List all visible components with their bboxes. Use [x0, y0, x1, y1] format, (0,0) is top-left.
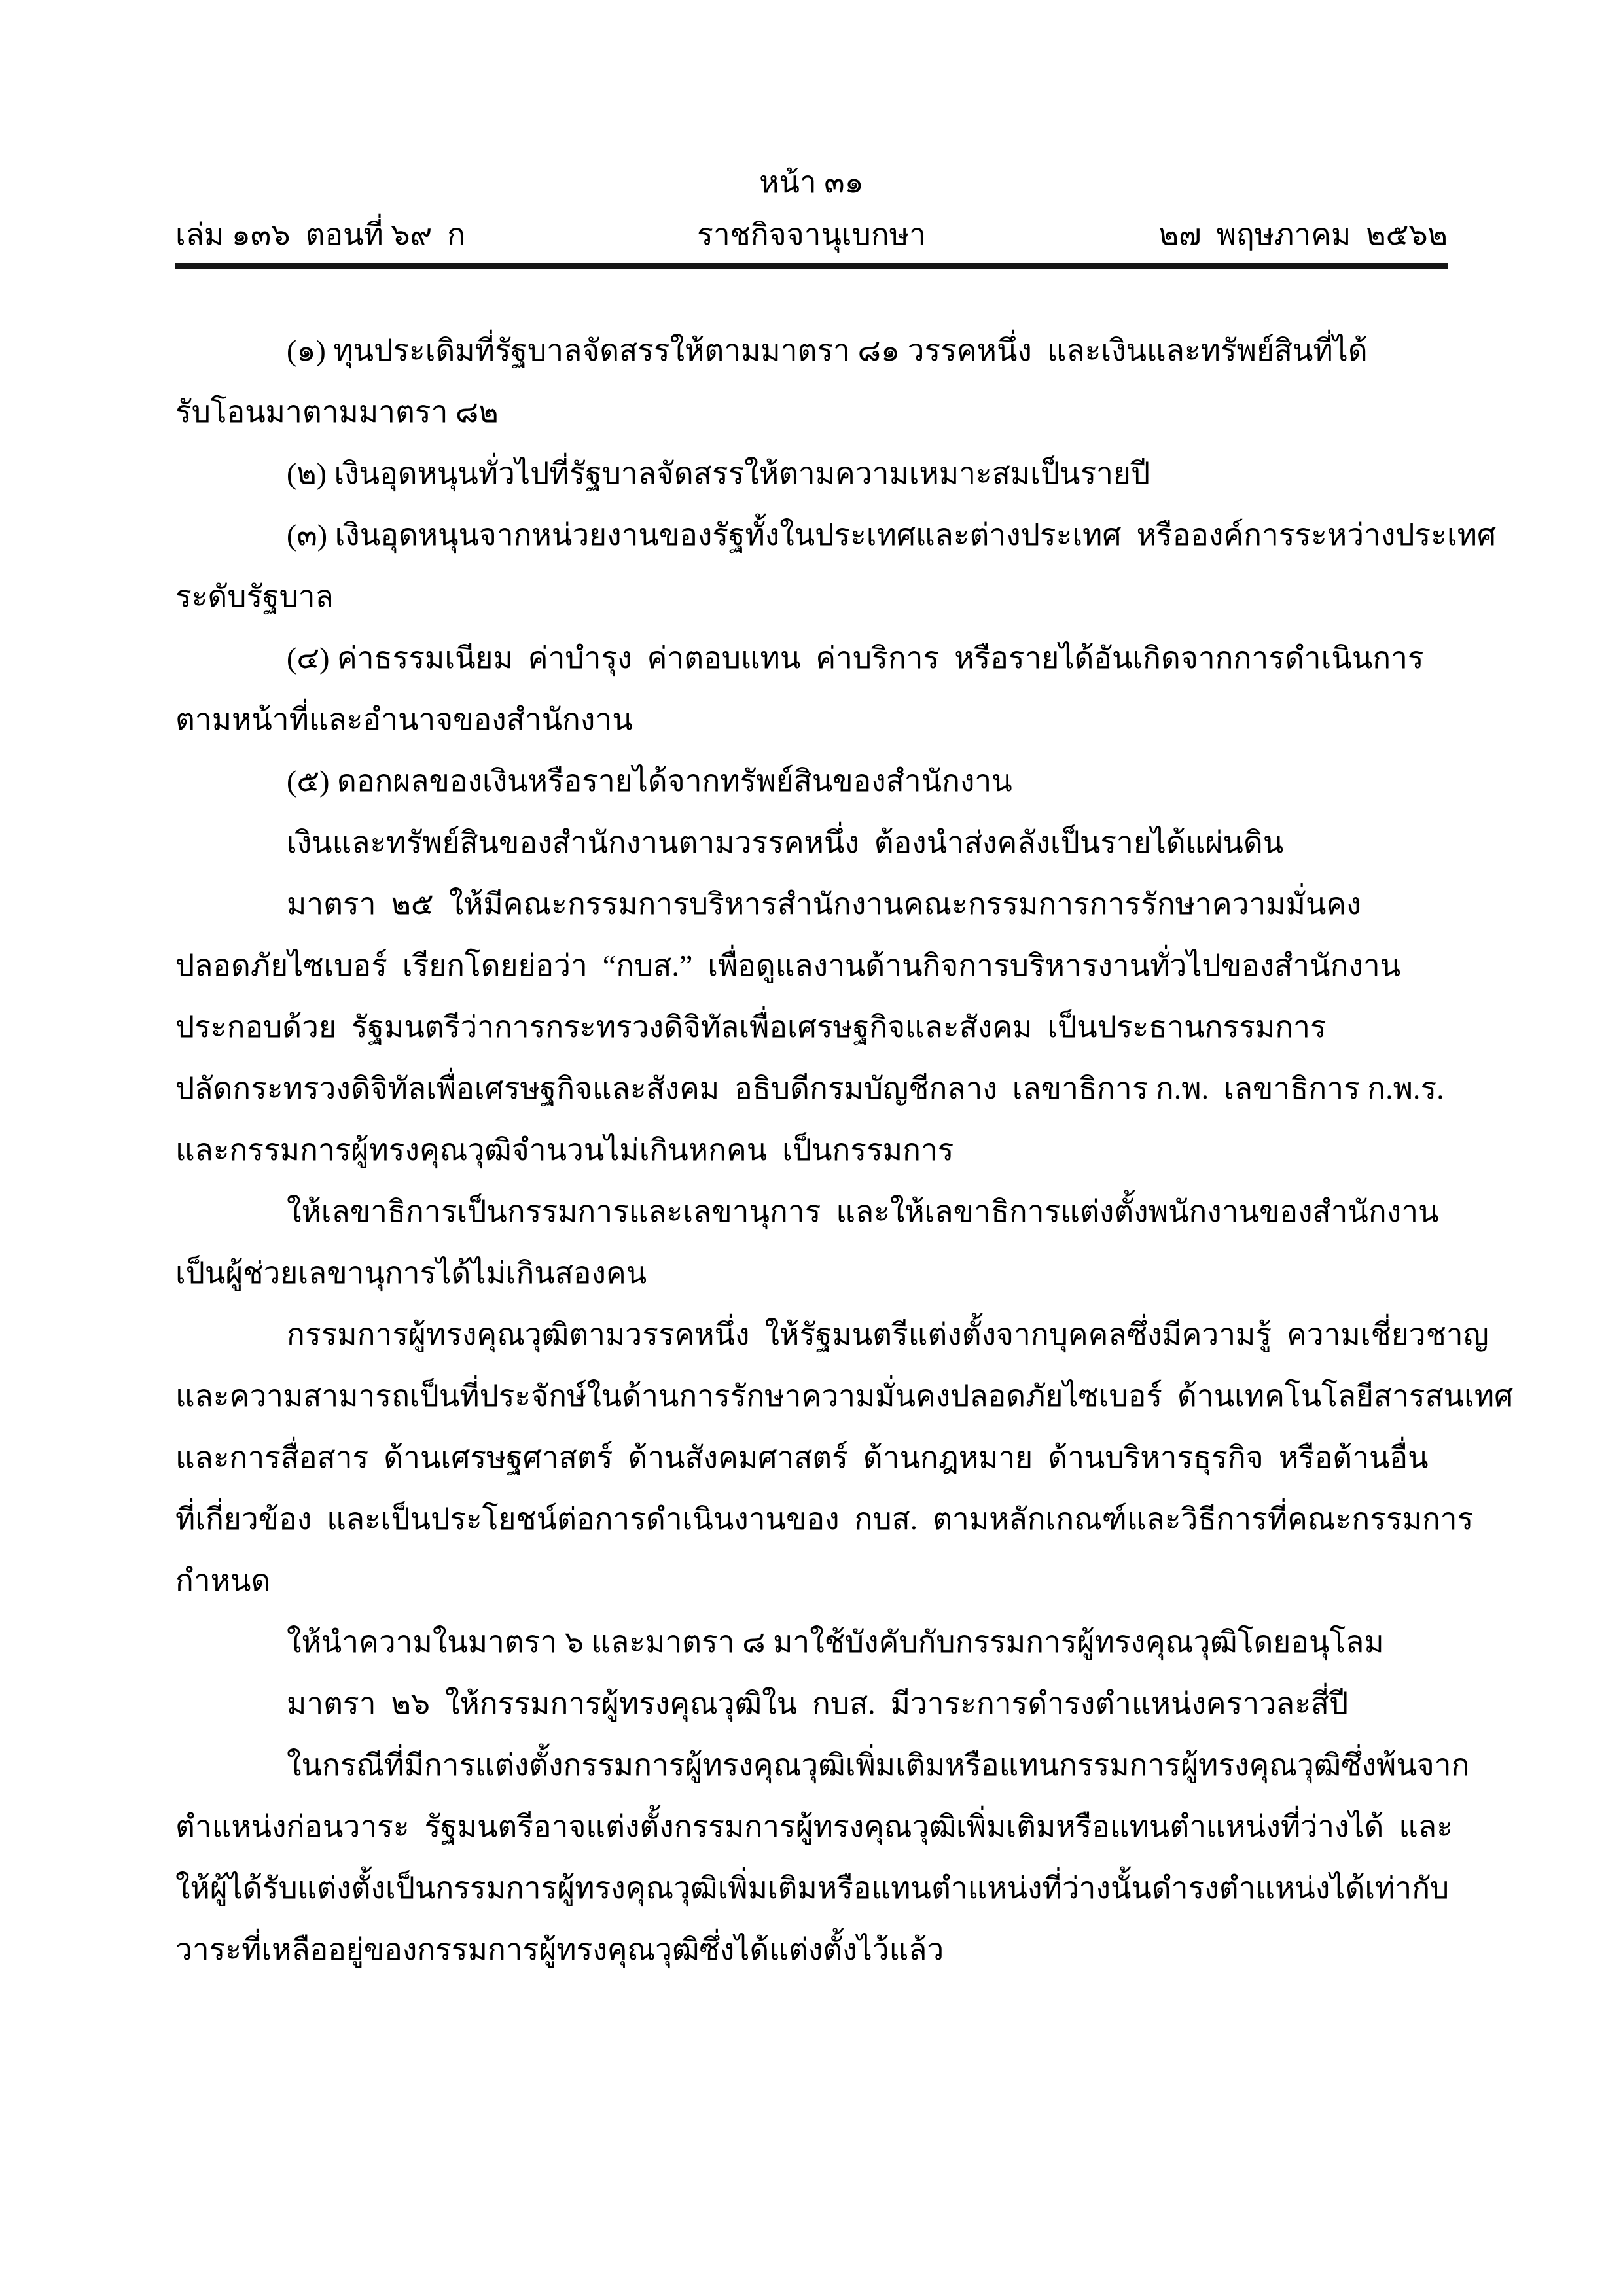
text-line: เงินและทรัพย์สินของสำนักงานตามวรรคหนึ่ง … [175, 812, 1448, 874]
text-line: วาระที่เหลืออยู่ของกรรมการผู้ทรงคุณวุฒิซ… [175, 1919, 1448, 1981]
header-row: เล่ม ๑๓๖ ตอนที่ ๖๙ ก ราชกิจจานุเบกษา ๒๗ … [175, 216, 1448, 254]
text-line: ที่เกี่ยวข้อง และเป็นประโยชน์ต่อการดำเนิ… [175, 1489, 1448, 1550]
text-line: (๕) ดอกผลของเงินหรือรายได้จากทรัพย์สินขอ… [175, 751, 1448, 812]
text-line: กรรมการผู้ทรงคุณวุฒิตามวรรคหนึ่ง ให้รัฐม… [175, 1304, 1448, 1366]
text-line: (๓) เงินอุดหนุนจากหน่วยงานของรัฐทั้งในปร… [175, 504, 1448, 566]
text-line: ประกอบด้วย รัฐมนตรีว่าการกระทรวงดิจิทัลเ… [175, 997, 1448, 1058]
document-body-text: (๑) ทุนประเดิมที่รัฐบาลจัดสรรให้ตามมาตรา… [0, 320, 1623, 1981]
text-line: ปลัดกระทรวงดิจิทัลเพื่อเศรษฐกิจและสังคม … [175, 1058, 1448, 1120]
gazette-page: หน้า ๓๑ เล่ม ๑๓๖ ตอนที่ ๖๙ ก ราชกิจจานุเ… [0, 0, 1623, 2296]
text-line: (๑) ทุนประเดิมที่รัฐบาลจัดสรรให้ตามมาตรา… [175, 320, 1448, 381]
text-line: มาตรา ๒๕ ให้มีคณะกรรมการบริหารสำนักงานคณ… [175, 874, 1448, 935]
page-header: หน้า ๓๑ เล่ม ๑๓๖ ตอนที่ ๖๙ ก ราชกิจจานุเ… [0, 164, 1623, 254]
text-line: ในกรณีที่มีการแต่งตั้งกรรมการผู้ทรงคุณวุ… [175, 1735, 1448, 1796]
text-line: รับโอนมาตามมาตรา ๘๒ [175, 381, 1448, 443]
volume-part-label: เล่ม ๑๓๖ ตอนที่ ๖๙ ก [175, 216, 465, 254]
text-line: เป็นผู้ช่วยเลขานุการได้ไม่เกินสองคน [175, 1243, 1448, 1304]
text-line: ปลอดภัยไซเบอร์ เรียกโดยย่อว่า “กบส.” เพื… [175, 935, 1448, 997]
text-line: ให้ผู้ได้รับแต่งตั้งเป็นกรรมการผู้ทรงคุณ… [175, 1858, 1448, 1919]
text-line: (๒) เงินอุดหนุนทั่วไปที่รัฐบาลจัดสรรให้ต… [175, 443, 1448, 504]
gazette-title: ราชกิจจานุเบกษา [697, 216, 926, 254]
publication-date: ๒๗ พฤษภาคม ๒๕๖๒ [1159, 216, 1448, 254]
text-line: ให้เลขาธิการเป็นกรรมการและเลขานุการ และใ… [175, 1181, 1448, 1243]
text-line: ตำแหน่งก่อนวาระ รัฐมนตรีอาจแต่งตั้งกรรมก… [175, 1796, 1448, 1858]
text-line: ระดับรัฐบาล [175, 566, 1448, 627]
text-line: และกรรมการผู้ทรงคุณวุฒิจำนวนไม่เกินหกคน … [175, 1120, 1448, 1181]
page-number-label: หน้า ๓๑ [175, 164, 1448, 202]
text-line: กำหนด [175, 1550, 1448, 1612]
text-line: ตามหน้าที่และอำนาจของสำนักงาน [175, 689, 1448, 751]
text-line: และการสื่อสาร ด้านเศรษฐศาสตร์ ด้านสังคมศ… [175, 1427, 1448, 1489]
text-line: (๔) ค่าธรรมเนียม ค่าบำรุง ค่าตอบแทน ค่าบ… [175, 627, 1448, 689]
text-line: และความสามารถเป็นที่ประจักษ์ในด้านการรัก… [175, 1366, 1448, 1427]
text-line: ให้นำความในมาตรา ๖ และมาตรา ๘ มาใช้บังคั… [175, 1612, 1448, 1673]
header-divider-rule [175, 263, 1448, 269]
text-line: มาตรา ๒๖ ให้กรรมการผู้ทรงคุณวุฒิใน กบส. … [175, 1673, 1448, 1735]
